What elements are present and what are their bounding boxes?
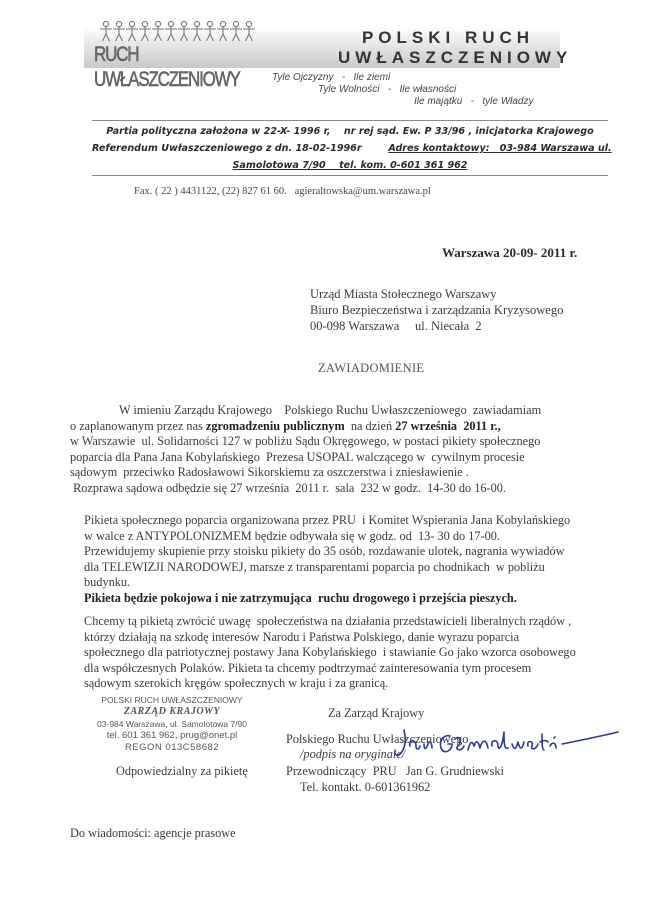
stamp-line: REGON 013C58682 (92, 742, 252, 754)
text-line-bold: Pikieta będzie pokojowa i nie zatrzymują… (84, 591, 570, 607)
people-chain-icon (100, 20, 260, 42)
sig-role: Przewodniczący PRU Jan G. Grudniewski (286, 764, 504, 779)
stamp-line: 03-984 Warszawa, ul. Samolotowa 7/90 (92, 718, 252, 730)
text-line: sądowym przeciwko Radosławowi Sikorskiem… (70, 465, 541, 481)
fax-email-line: Fax. ( 22 ) 4431122, (22) 827 61 60. agi… (134, 186, 431, 197)
org-title-line1: POLSKI RUCH (338, 28, 558, 48)
text-line: sądowym szerokich kręgów społecznych w k… (84, 676, 576, 692)
addressee-block: Urząd Miasta Stołecznego Warszawy Biuro … (310, 286, 563, 334)
text-line: dla TELEWIZJI NARODOWEJ, marsze z transp… (84, 560, 570, 576)
stamp-line: POLSKI RUCH UWŁASZCZENIOWY (92, 694, 252, 706)
text-line: Chcemy tą pikietą zwrócić uwagę społecze… (84, 614, 576, 630)
stamp-line: ZARZĄD KRAJOWY (92, 706, 252, 718)
motto-line-1: Tyle Ojczyzny - Ile ziemi (272, 72, 390, 83)
sig-for-board: Za Zarząd Krajowy (328, 706, 424, 721)
text-line: społecznego dla patriotycznej postawy Ja… (84, 645, 576, 661)
text-run-bold: zgromadzeniu publicznym (206, 419, 345, 433)
text-run: o zaplanowanym przez nas (70, 419, 206, 433)
text-run: na dzień (345, 419, 396, 433)
motto-line-3: Ile majątku - tyle Władzy (414, 96, 533, 107)
addressee-line: Urząd Miasta Stołecznego Warszawy (310, 286, 563, 302)
handwritten-signature-icon (392, 724, 622, 760)
motto-line-2: Tyle Wolności - Ile własności (318, 84, 456, 95)
sig-phone: Tel. kontakt. 0-601361962 (300, 780, 430, 795)
info-line-2-referendum: Referendum Uwłaszczeniowego z dn. 18-02-… (92, 143, 362, 154)
org-title-line2: UWŁASZCZENIOWY (338, 48, 558, 68)
addressee-line: Biuro Bezpieczeństwa i zarządzania Kryzy… (310, 302, 563, 318)
logo: RUCH UWŁASZCZENIOWY (94, 18, 262, 68)
stamp-line: tel. 601 361 962, prug@onet.pl (92, 730, 252, 742)
text-line: dla współczesnych Polaków. Pikieta ta ch… (84, 661, 576, 677)
text-line: Rozprawa sądowa odbędzie się 27 września… (70, 481, 541, 497)
org-title: POLSKI RUCH UWŁASZCZENIOWY (338, 28, 558, 68)
logo-text: RUCH UWŁASZCZENIOWY (94, 42, 264, 92)
document-heading: ZAWIADOMIENIE (318, 361, 424, 376)
text-line: W imieniu Zarządu Krajowego Polskiego Ru… (70, 403, 541, 419)
sig-signed-note: /podpis na oryginale/ (300, 747, 405, 762)
addressee-line: 00-098 Warszawa ul. Niecała 2 (310, 318, 563, 334)
text-line: którzy działają na szkodę interesów Naro… (84, 630, 576, 646)
paragraph-1: W imieniu Zarządu Krajowego Polskiego Ru… (70, 403, 541, 497)
sig-responsible-label: Odpowiedzialny za pikietę (116, 764, 248, 779)
paragraph-3: Chcemy tą pikietą zwrócić uwagę społecze… (84, 614, 576, 692)
text-line: Pikieta społecznego poparcia organizowan… (84, 513, 570, 529)
text-line: w Warszawie ul. Solidarności 127 w pobli… (70, 434, 541, 450)
info-line-2-address: Adres kontaktowy: 03-984 Warszawa ul. (388, 143, 611, 154)
text-run-bold: 27 września 2011 r., (395, 419, 500, 433)
text-line: poparcia dla Pana Jana Kobylańskiego Pre… (70, 450, 541, 466)
party-info-box: Partia polityczna założona w 22-X- 1996 … (92, 120, 608, 176)
text-line: w walce z ANTYPOLONIZMEM będzie odbywała… (84, 529, 570, 545)
text-line: Przewidujemy skupienie przy stoisku piki… (84, 544, 570, 560)
info-line-1: Partia polityczna założona w 22-X- 1996 … (92, 126, 608, 137)
cc-line: Do wiadomości: agencje prasowe (70, 826, 236, 841)
info-line-3: Samolotowa 7/90 tel. kom. 0-601 361 962 (92, 160, 608, 171)
paragraph-2: Pikieta społecznego poparcia organizowan… (84, 513, 570, 607)
text-line: budynku. (84, 575, 570, 591)
letter-date: Warszawa 20-09- 2011 r. (442, 245, 577, 261)
text-line: o zaplanowanym przez nas zgromadzeniu pu… (70, 419, 541, 435)
info-line-2: Referendum Uwłaszczeniowego z dn. 18-02-… (92, 143, 608, 154)
organization-stamp: POLSKI RUCH UWŁASZCZENIOWY ZARZĄD KRAJOW… (92, 694, 252, 754)
